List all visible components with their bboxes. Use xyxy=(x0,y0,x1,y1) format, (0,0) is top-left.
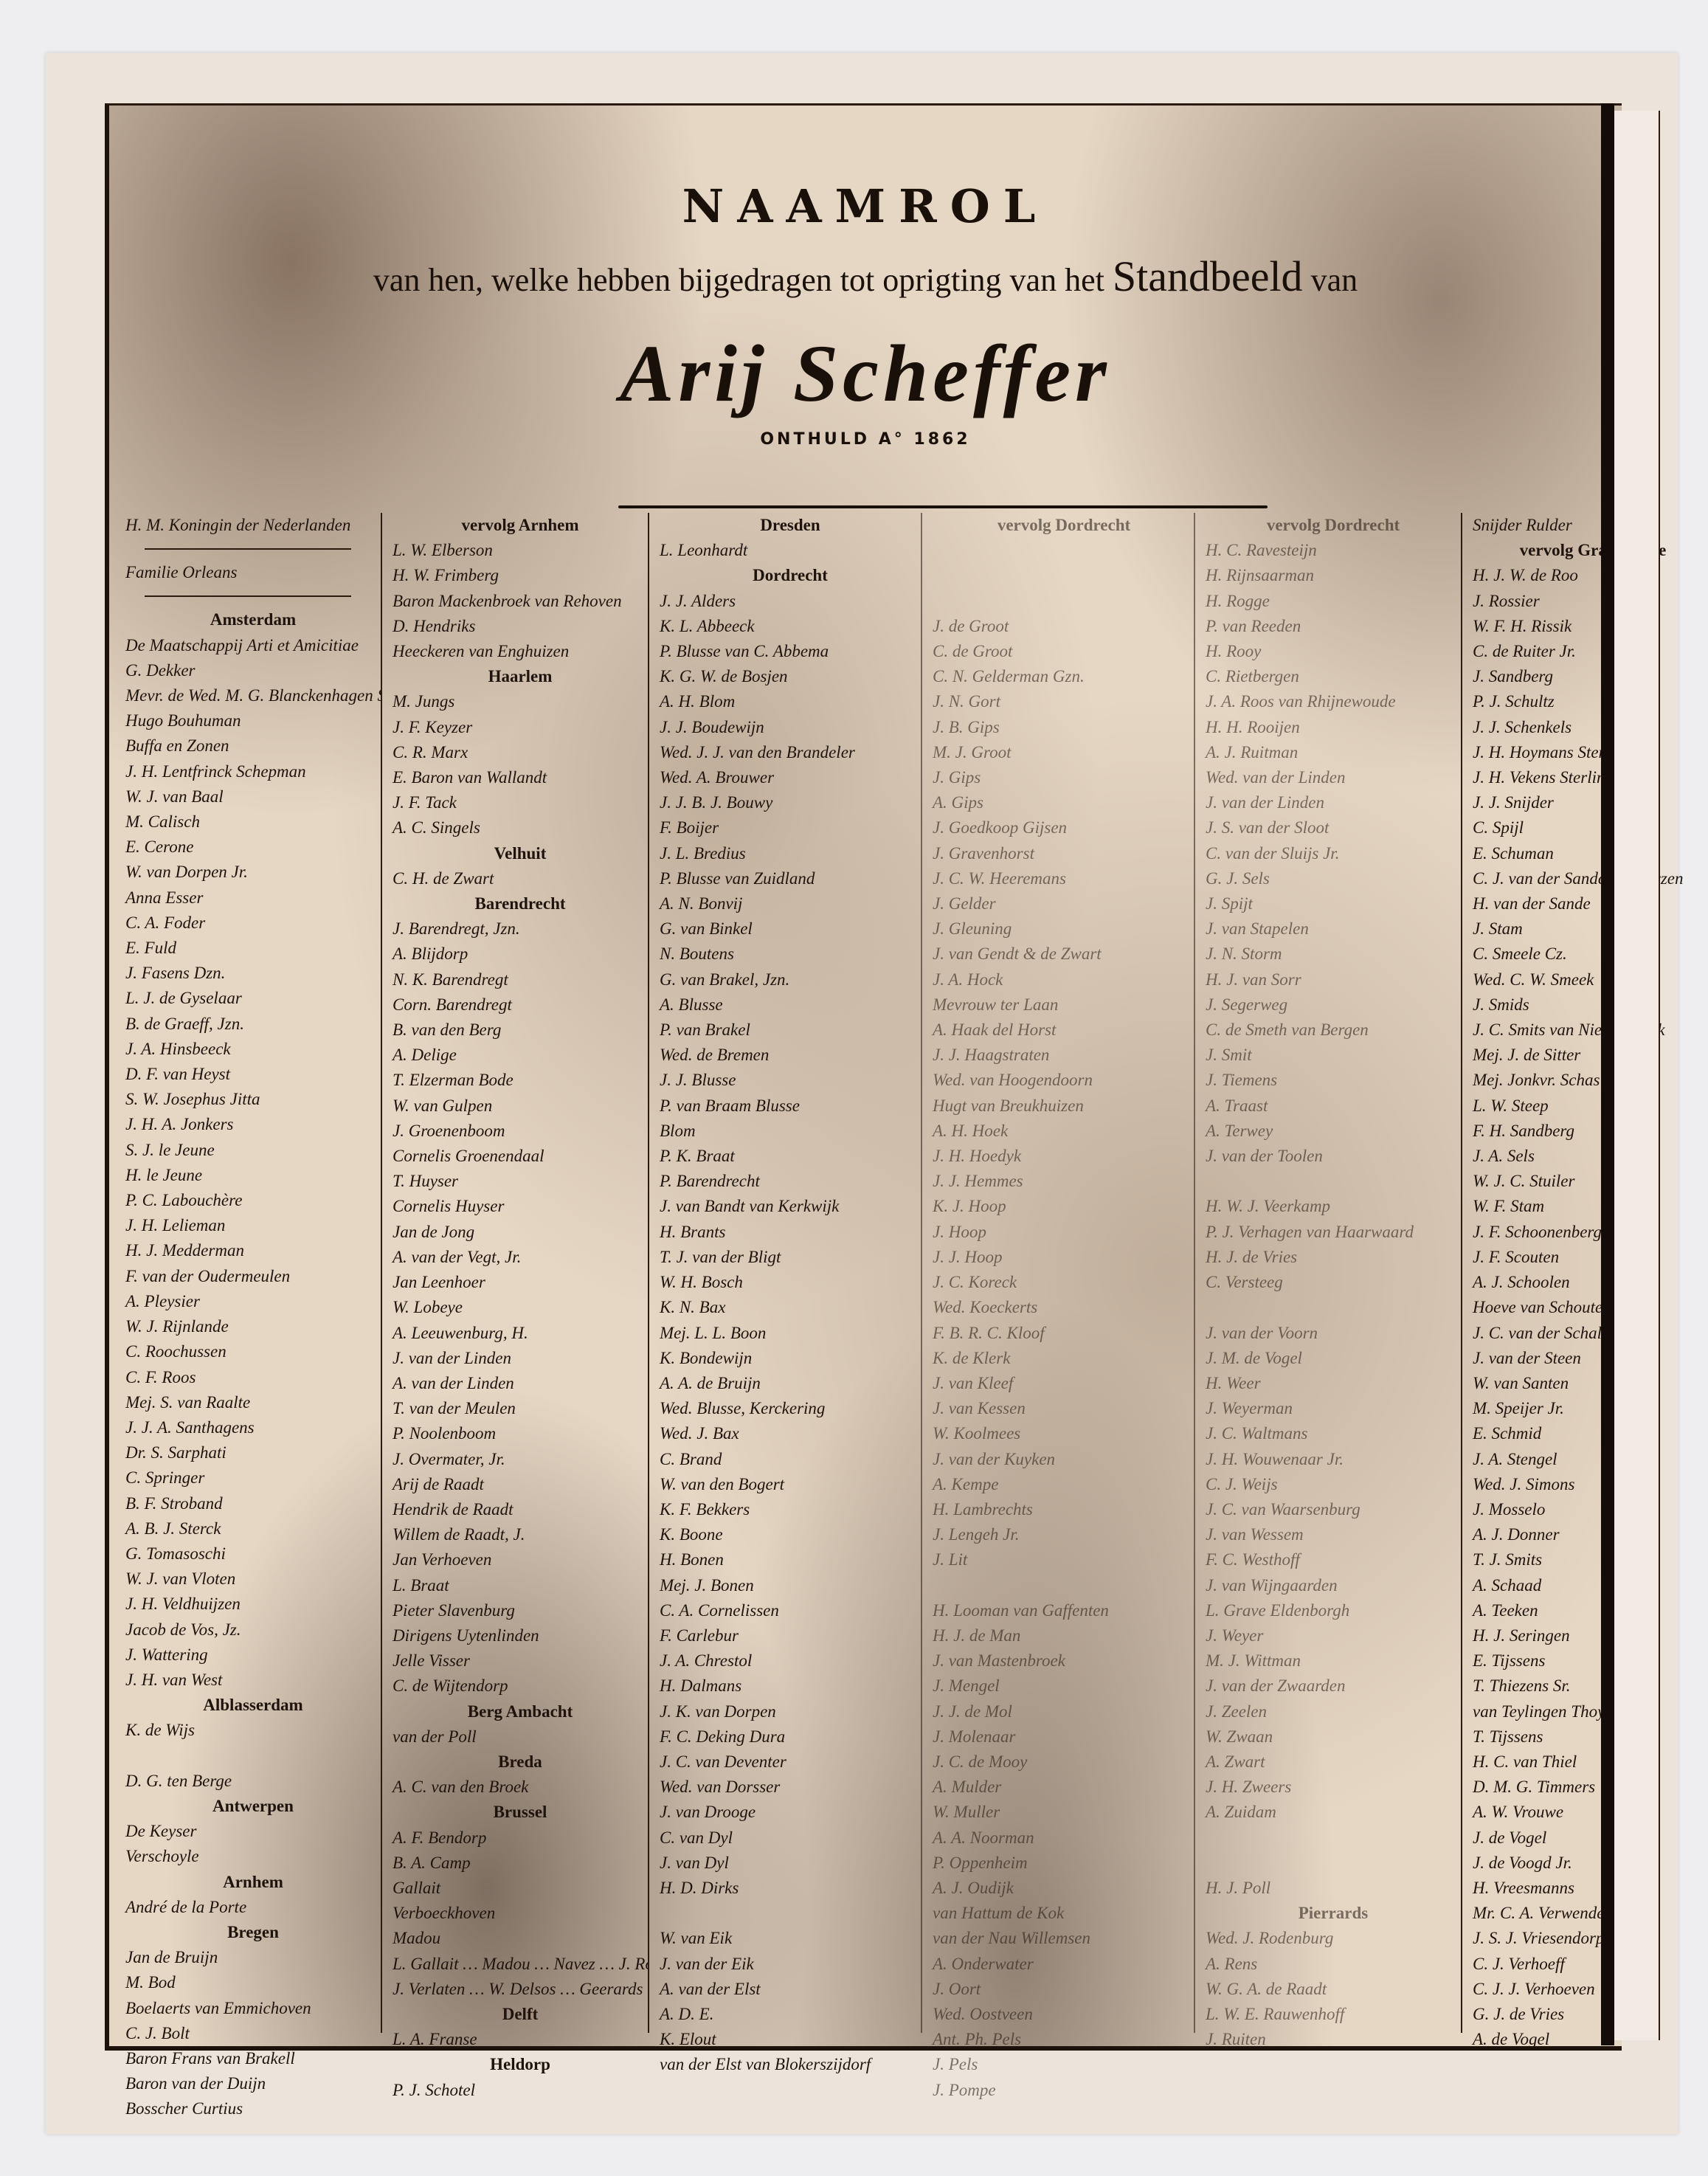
contributor-name: P. van Brakel xyxy=(649,1018,921,1043)
contributor-name: Mr. C. A. Verwende xyxy=(1462,1901,1708,1926)
contributor-name: C. R. Marx xyxy=(382,740,648,765)
contributor-name: J. Barendregt, Jzn. xyxy=(382,916,648,942)
contributor-name: J. Gips xyxy=(922,765,1195,790)
contributor-name: A. J. Schoolen xyxy=(1462,1270,1708,1295)
contributor-name: Verboeckhoven xyxy=(382,1901,648,1926)
contributor-name: C. A. Cornelissen xyxy=(649,1598,921,1623)
contributor-name: W. Lobeye xyxy=(382,1295,648,1320)
contributor-name: A. F. Bendorp xyxy=(382,1826,648,1851)
contributor-name: J. Lengeh Jr. xyxy=(922,1522,1195,1547)
contributor-name: Willem de Raadt, J. xyxy=(382,1522,648,1547)
contributor-name: C. de Wijtendorp xyxy=(382,1674,648,1699)
contributor-name: H. W. Frimberg xyxy=(382,563,648,588)
contributor-name: A. de Vogel xyxy=(1462,2027,1708,2052)
contributor-name: De Keyser xyxy=(115,1819,381,1844)
contributor-name: N. Boutens xyxy=(649,942,921,967)
contributor-name: J. de Groot xyxy=(922,614,1195,639)
contributor-name: J. A. Hock xyxy=(922,967,1195,992)
contributor-name: van der Elst van Blokerszijdorf xyxy=(649,2052,921,2077)
contributor-name: Wed. C. W. Smeek xyxy=(1462,967,1708,992)
contributor-name: J. J. de Mol xyxy=(922,1699,1195,1724)
contributor-name: H. J. Seringen xyxy=(1462,1623,1708,1648)
contributor-name: H. C. van Thiel xyxy=(1462,1750,1708,1775)
contributor-name: S. W. Josephus Jitta xyxy=(115,1087,381,1112)
contributor-name: C. J. J. Verhoeven xyxy=(1462,1977,1708,2002)
contributor-name: K. Boone xyxy=(649,1522,921,1547)
contributor-name: H. Rijnsaarman xyxy=(1195,563,1461,588)
contributor-name: J. J. Hemmes xyxy=(922,1169,1195,1194)
illegible-entry xyxy=(1462,2052,1708,2077)
contributor-name: E. Schuman xyxy=(1462,841,1708,866)
contributor-name: A. Kempe xyxy=(922,1472,1195,1497)
contributor-name: T. J. Smits xyxy=(1462,1547,1708,1572)
contributor-name: A. Zuidam xyxy=(1195,1800,1461,1825)
mount-right-strip xyxy=(1614,111,1660,2040)
contributor-name: W. van Gulpen xyxy=(382,1094,648,1119)
contributor-name: H. le Jeune xyxy=(115,1163,381,1188)
contributor-name: Wed. J. Simons xyxy=(1462,1472,1708,1497)
contributor-name: M. J. Groot xyxy=(922,740,1195,765)
contributor-name: Mevrouw ter Laan xyxy=(922,992,1195,1018)
illegible-entry xyxy=(922,563,1195,588)
contributor-name: van Hattum de Kok xyxy=(922,1901,1195,1926)
contributor-name: J. van Drooge xyxy=(649,1800,921,1825)
contributor-name: P. van Reeden xyxy=(1195,614,1461,639)
contributor-name: K. de Klerk xyxy=(922,1346,1195,1371)
contributor-name: J. Zeelen xyxy=(1195,1699,1461,1724)
unveiled-label: ONTHULD A° 1862 xyxy=(109,430,1622,449)
section-rule xyxy=(145,548,351,550)
contributor-name: D. G. ten Berge xyxy=(115,1769,381,1794)
contributor-name: L. Gallait … Madou … Navez … J. Robert xyxy=(382,1952,648,1977)
document-title: NAAMROL xyxy=(109,179,1622,233)
contributor-name: J. H. Hoymans Sterling xyxy=(1462,740,1708,765)
contributor-name: L. A. Franse xyxy=(382,2027,648,2052)
contributor-name: J. Molenaar xyxy=(922,1724,1195,1750)
contributor-name: J. F. Tack xyxy=(382,790,648,815)
contributor-name: W. Koolmees xyxy=(922,1421,1195,1446)
contributor-name: C. J. Verhoeff xyxy=(1462,1952,1708,1977)
contributor-name: Heeckeren van Enghuizen xyxy=(382,639,648,664)
contributor-name: J. Wattering xyxy=(115,1643,381,1668)
place-heading: Dordrecht xyxy=(649,563,921,588)
contributor-name: J. K. van Dorpen xyxy=(649,1699,921,1724)
contributor-name: W. van Eik xyxy=(649,1926,921,1951)
contributor-name: Wed. van Hoogendoorn xyxy=(922,1068,1195,1093)
contributor-name: K. de Wijs xyxy=(115,1718,381,1743)
contributor-name: Jan Leenhoer xyxy=(382,1270,648,1295)
contributor-name: J. C. Koreck xyxy=(922,1270,1195,1295)
contributor-name: H. Lambrechts xyxy=(922,1497,1195,1522)
contributor-name: J. Groenenboom xyxy=(382,1119,648,1144)
contributor-name: A. Zwart xyxy=(1195,1750,1461,1775)
contributor-name: J. N. Storm xyxy=(1195,942,1461,967)
ornamental-rule xyxy=(618,505,1268,508)
contributor-name: C. N. Gelderman Gzn. xyxy=(922,664,1195,689)
contributor-name: L. J. de Gyselaar xyxy=(115,986,381,1011)
contributor-name: Pieter Slavenburg xyxy=(382,1598,648,1623)
contributor-name: Wed. Blusse, Kerckering xyxy=(649,1396,921,1421)
contributor-name: C. Versteeg xyxy=(1195,1270,1461,1295)
contributor-name: J. J. Alders xyxy=(649,589,921,614)
contributor-name: A. A. Noorman xyxy=(922,1826,1195,1851)
contributor-name: Verschoyle xyxy=(115,1844,381,1869)
contributor-name: A. C. Singels xyxy=(382,815,648,840)
contributor-name: J. Gelder xyxy=(922,891,1195,916)
contributor-name: Hendrik de Raadt xyxy=(382,1497,648,1522)
contributor-name: A. Haak del Horst xyxy=(922,1018,1195,1043)
contributor-name: H. Dalmans xyxy=(649,1674,921,1699)
contributor-name: Snijder Rulder xyxy=(1462,513,1708,538)
contributor-name: Boelaerts van Emmichoven xyxy=(115,1996,381,2021)
contributor-name: J. A. Stengel xyxy=(1462,1447,1708,1472)
contributor-name: A. Gips xyxy=(922,790,1195,815)
contributor-name: L. W. E. Rauwenhoff xyxy=(1195,2002,1461,2027)
contributor-name: J. van der Toolen xyxy=(1195,1144,1461,1169)
contributor-name: J. van Mastenbroek xyxy=(922,1648,1195,1674)
subtitle-prefix: van hen, welke hebben bijgedragen tot op… xyxy=(373,262,1104,298)
contributor-name: A. Schaad xyxy=(1462,1573,1708,1598)
illegible-entry xyxy=(1195,1826,1461,1851)
contributor-name: K. N. Bax xyxy=(649,1295,921,1320)
contributor-name: M. Bod xyxy=(115,1970,381,1995)
contributor-name: J. Stam xyxy=(1462,916,1708,942)
contributor-name: P. J. Schultz xyxy=(1462,689,1708,714)
contributor-name: J. van Wijngaarden xyxy=(1195,1573,1461,1598)
contributor-name: F. van der Oudermeulen xyxy=(115,1264,381,1289)
place-heading: Delft xyxy=(382,2002,648,2027)
contributor-name: J. C. Smits van Nieuwerkerk xyxy=(1462,1018,1708,1043)
contributor-name: W. J. C. Stuiler xyxy=(1462,1169,1708,1194)
place-heading: Breda xyxy=(382,1750,648,1775)
contributor-name: Hugo Bouhuman xyxy=(115,708,381,733)
contributor-name: Jacob de Vos, Jz. xyxy=(115,1617,381,1643)
contributor-name: P. K. Braat xyxy=(649,1144,921,1169)
contributor-name: J. A. Chrestol xyxy=(649,1648,921,1674)
contributor-name: Baron Mackenbroek van Rehoven xyxy=(382,589,648,614)
contributor-name: Mej. L. L. Boon xyxy=(649,1321,921,1346)
contributor-name: J. Hoop xyxy=(922,1220,1195,1245)
contributor-name: J. Goedkoop Gijsen xyxy=(922,815,1195,840)
contributor-name: J. J. Hoop xyxy=(922,1245,1195,1270)
contributor-name: H. Rooy xyxy=(1195,639,1461,664)
contributor-name: J. J. B. J. Bouwy xyxy=(649,790,921,815)
contributor-name: G. J. Sels xyxy=(1195,866,1461,891)
illegible-entry xyxy=(1195,1851,1461,1876)
contributor-name: A. J. Donner xyxy=(1462,1522,1708,1547)
contributor-name: L. W. Steep xyxy=(1462,1094,1708,1119)
contributor-name: H. Looman van Gaffenten xyxy=(922,1598,1195,1623)
contributor-name: Wed. J. Rodenburg xyxy=(1195,1926,1461,1951)
contributor-name: P. Barendrecht xyxy=(649,1169,921,1194)
contributor-name: F. Carlebur xyxy=(649,1623,921,1648)
contributor-name: A. Leeuwenburg, H. xyxy=(382,1321,648,1346)
document-subtitle: van hen, welke hebben bijgedragen tot op… xyxy=(109,252,1622,301)
contributor-name: P. C. Labouchère xyxy=(115,1188,381,1213)
contributor-name: J. de Vogel xyxy=(1462,1826,1708,1851)
contributor-name: H. Rogge xyxy=(1195,589,1461,614)
contributor-name: L. Braat xyxy=(382,1573,648,1598)
contributor-name: H. H. Rooijen xyxy=(1195,715,1461,740)
contributor-name: W. van den Bogert xyxy=(649,1472,921,1497)
contributor-name: L. Leonhardt xyxy=(649,538,921,563)
contributor-name: H. van der Sande xyxy=(1462,891,1708,916)
contributor-name: S. J. le Jeune xyxy=(115,1138,381,1163)
contributor-name: J. van Kessen xyxy=(922,1396,1195,1421)
contributor-name: J. J. Blusse xyxy=(649,1068,921,1093)
contributor-name: L. Grave Eldenborgh xyxy=(1195,1598,1461,1623)
contributor-name: Hoeve van Schouten, Pz. xyxy=(1462,1295,1708,1320)
contributor-name: J. A. Sels xyxy=(1462,1144,1708,1169)
contributor-name: Jan de Jong xyxy=(382,1220,648,1245)
illegible-entry xyxy=(115,1744,381,1769)
contributor-name: C. de Smeth van Bergen xyxy=(1195,1018,1461,1043)
contributor-name: J. Ruiten xyxy=(1195,2027,1461,2052)
contributor-name: T. Tijssens xyxy=(1462,1724,1708,1750)
contributor-name: C. Roochussen xyxy=(115,1339,381,1364)
contributor-name: A. H. Hoek xyxy=(922,1119,1195,1144)
contributor-name: Arij de Raadt xyxy=(382,1472,648,1497)
contributor-name: A. Rens xyxy=(1195,1952,1461,1977)
contributor-name: J. J. Schenkels xyxy=(1462,715,1708,740)
name-column-6: Snijder Ruldervervolg GravenhageH. J. W.… xyxy=(1461,513,1708,2033)
contributor-name: J. Fasens Dzn. xyxy=(115,961,381,986)
contributor-name: Anna Esser xyxy=(115,885,381,911)
contributor-name: André de la Porte xyxy=(115,1895,381,1920)
contributor-name: C. J. van der Sande Bakhuyzen xyxy=(1462,866,1708,891)
contributor-name: J. van Wessem xyxy=(1195,1522,1461,1547)
place-heading: vervolg Dordrecht xyxy=(1195,513,1461,538)
contributor-name: J. van der Eik xyxy=(649,1952,921,1977)
contributor-name: W. J. Rijnlande xyxy=(115,1314,381,1339)
contributor-name: H. J. Medderman xyxy=(115,1238,381,1263)
name-column-5: vervolg DordrechtH. C. RavesteijnH. Rijn… xyxy=(1194,513,1461,2033)
contributor-name: A. H. Blom xyxy=(649,689,921,714)
contributor-name: J. C. van Deventer xyxy=(649,1750,921,1775)
contributor-name: J. H. Lelieman xyxy=(115,1213,381,1238)
contributor-name: N. K. Barendregt xyxy=(382,967,648,992)
contributor-name: P. Blusse van C. Abbema xyxy=(649,639,921,664)
contributor-name: J. H. Zweers xyxy=(1195,1775,1461,1800)
contributor-name: J. Segerweg xyxy=(1195,992,1461,1018)
contributor-name: L. W. Elberson xyxy=(382,538,648,563)
contributor-name: H. J. van Sorr xyxy=(1195,967,1461,992)
contributor-name: D. Hendriks xyxy=(382,614,648,639)
contributor-name: H. M. Koningin der Nederlanden xyxy=(115,513,381,538)
place-heading: Velhuit xyxy=(382,841,648,866)
contributor-name: W. J. van Baal xyxy=(115,784,381,809)
contributor-name: J. van Kleef xyxy=(922,1371,1195,1396)
contributor-name: J. C. de Mooy xyxy=(922,1750,1195,1775)
contributor-name: J. Weyerman xyxy=(1195,1396,1461,1421)
contributor-name: Dr. S. Sarphati xyxy=(115,1440,381,1465)
contributor-name: Mevr. de Wed. M. G. Blanckenhagen Spil xyxy=(115,683,381,708)
contributor-name: J. van der Zwaarden xyxy=(1195,1674,1461,1699)
contributor-name: Mej. J. Bonen xyxy=(649,1573,921,1598)
contributor-name: A. W. Vrouwe xyxy=(1462,1800,1708,1825)
contributor-name: A. A. de Bruijn xyxy=(649,1371,921,1396)
contributor-name: H. W. J. Veerkamp xyxy=(1195,1194,1461,1219)
contributor-name: A. J. Ruitman xyxy=(1195,740,1461,765)
illegible-entry xyxy=(922,1573,1195,1598)
place-heading: Barendrecht xyxy=(382,891,648,916)
contributor-name: H. Bonen xyxy=(649,1547,921,1572)
contributor-name: C. F. Roos xyxy=(115,1365,381,1390)
contributor-name: M. Calisch xyxy=(115,809,381,835)
contributor-name: J. H. Hoedyk xyxy=(922,1144,1195,1169)
contributor-name: J. Overmater, Jr. xyxy=(382,1447,648,1472)
contributor-name: K. Elout xyxy=(649,2027,921,2052)
contributor-name: A. Terwey xyxy=(1195,1119,1461,1144)
contributor-name: P. Noolenboom xyxy=(382,1421,648,1446)
contributor-name: H. J. de Vries xyxy=(1195,1245,1461,1270)
contributor-name: Madou xyxy=(382,1926,648,1951)
contributor-name: T. Elzerman Bode xyxy=(382,1068,648,1093)
contributor-name: K. G. W. de Bosjen xyxy=(649,664,921,689)
contributor-name: G. Dekker xyxy=(115,658,381,683)
contributor-name: W. J. van Vloten xyxy=(115,1567,381,1592)
contributor-name: Cornelis Groenendaal xyxy=(382,1144,648,1169)
contributor-name: K. L. Abbeeck xyxy=(649,614,921,639)
contributor-name: P. J. Schotel xyxy=(382,2078,648,2103)
illegible-entry xyxy=(1195,1295,1461,1320)
contributor-name: K. Bondewijn xyxy=(649,1346,921,1371)
contributor-name: Wed. Oostveen xyxy=(922,2002,1195,2027)
contributor-name: Jan de Bruijn xyxy=(115,1945,381,1970)
contributor-name: J. van Gendt & de Zwart xyxy=(922,942,1195,967)
place-heading: vervolg Gravenhage xyxy=(1462,538,1708,563)
contributor-name: J. Verlaten … W. Delsos … Geerards xyxy=(382,1977,648,2002)
contributor-name: G. van Brakel, Jzn. xyxy=(649,967,921,992)
contributor-name: W. Muller xyxy=(922,1800,1195,1825)
contributor-name: B. F. Stroband xyxy=(115,1491,381,1516)
contributor-name: J. J. Haagstraten xyxy=(922,1043,1195,1068)
contributor-name: J. F. Scouten xyxy=(1462,1245,1708,1270)
contributor-name: P. Blusse van Zuidland xyxy=(649,866,921,891)
place-heading: vervolg Dordrecht xyxy=(922,513,1195,538)
contributor-name: A. Mulder xyxy=(922,1775,1195,1800)
contributor-name: H. J. W. de Roo xyxy=(1462,563,1708,588)
name-column-3: DresdenL. LeonhardtDordrechtJ. J. Alders… xyxy=(648,513,921,2033)
contributor-name: P. Oppenheim xyxy=(922,1851,1195,1876)
contributor-name: A. van der Vegt, Jr. xyxy=(382,1245,648,1270)
place-heading: Alblasserdam xyxy=(115,1693,381,1718)
contributor-name: De Maatschappij Arti et Amicitiae xyxy=(115,633,381,658)
contributor-name: J. N. Gort xyxy=(922,689,1195,714)
contributor-name: F. C. Deking Dura xyxy=(649,1724,921,1750)
contributor-name: A. Traast xyxy=(1195,1094,1461,1119)
place-heading: Brussel xyxy=(382,1800,648,1825)
contributor-name: J. van der Voorn xyxy=(1195,1321,1461,1346)
contributor-name: J. Gravenhorst xyxy=(922,841,1195,866)
contributor-name: J. van Bandt van Kerkwijk xyxy=(649,1194,921,1219)
contributor-name: J. J. Snijder xyxy=(1462,790,1708,815)
document-sheet: NAAMROL van hen, welke hebben bijgedrage… xyxy=(105,103,1622,2051)
contributor-name: A. Blijdorp xyxy=(382,942,648,967)
contributor-name: T. J. van der Bligt xyxy=(649,1245,921,1270)
contributor-name: W. H. Bosch xyxy=(649,1270,921,1295)
contributor-name: J. H. van West xyxy=(115,1668,381,1693)
contributor-name: Jelle Visser xyxy=(382,1648,648,1674)
contributor-name: J. van Dyl xyxy=(649,1851,921,1876)
contributor-name: J. Smids xyxy=(1462,992,1708,1018)
contributor-name: J. Oort xyxy=(922,1977,1195,2002)
contributor-name: J. Lit xyxy=(922,1547,1195,1572)
contributor-name: Wed. J. Bax xyxy=(649,1421,921,1446)
contributor-name: W. van Dorpen Jr. xyxy=(115,860,381,885)
contributor-name: Gallait xyxy=(382,1876,648,1901)
contributor-name: W. F. Stam xyxy=(1462,1194,1708,1219)
contributor-name: Ant. Ph. Pels xyxy=(922,2027,1195,2052)
contributor-name: J. Weyer xyxy=(1195,1623,1461,1648)
contributor-name: G. J. de Vries xyxy=(1462,2002,1708,2027)
contributor-name: Wed. Koeckerts xyxy=(922,1295,1195,1320)
contributor-name: A. van der Elst xyxy=(649,1977,921,2002)
contributor-name: B. A. Camp xyxy=(382,1851,648,1876)
contributor-name: E. Schmid xyxy=(1462,1421,1708,1446)
contributor-name: C. van der Sluijs Jr. xyxy=(1195,841,1461,866)
contributor-name: A. van der Linden xyxy=(382,1371,648,1396)
contributor-name: C. de Ruiter Jr. xyxy=(1462,639,1708,664)
contributor-name: K. F. Bekkers xyxy=(649,1497,921,1522)
contributor-name: J. van der Steen xyxy=(1462,1346,1708,1371)
place-heading: vervolg Arnhem xyxy=(382,513,648,538)
contributor-name: C. Spijl xyxy=(1462,815,1708,840)
contributor-name: E. Cerone xyxy=(115,835,381,860)
contributor-name: T. Thiezens Sr. xyxy=(1462,1674,1708,1699)
place-heading: Dresden xyxy=(649,513,921,538)
place-heading: Arnhem xyxy=(115,1870,381,1895)
contributor-name: C. van Dyl xyxy=(649,1826,921,1851)
contributor-name: J. Tiemens xyxy=(1195,1068,1461,1093)
contributor-name: J. J. Boudewijn xyxy=(649,715,921,740)
contributor-name: Mej. S. van Raalte xyxy=(115,1390,381,1415)
contributor-name: J. Mengel xyxy=(922,1674,1195,1699)
contributor-name: J. L. Bredius xyxy=(649,841,921,866)
place-heading: Pierrards xyxy=(1195,1901,1461,1926)
contributor-name: T. van der Meulen xyxy=(382,1396,648,1421)
contributor-name: J. Smit xyxy=(1195,1043,1461,1068)
contributor-name: A. D. E. xyxy=(649,2002,921,2027)
contributor-name: T. Huyser xyxy=(382,1169,648,1194)
contributor-name: W. F. H. Rissik xyxy=(1462,614,1708,639)
contributor-name: W. Zwaan xyxy=(1195,1724,1461,1750)
contributor-name: F. H. Sandberg xyxy=(1462,1119,1708,1144)
contributor-name: D. M. G. Timmers xyxy=(1462,1775,1708,1800)
contributor-name: Familie Orleans xyxy=(115,560,381,585)
contributor-name: J. Pompe xyxy=(922,2078,1195,2103)
contributor-name: A. Teeken xyxy=(1462,1598,1708,1623)
place-heading: Bregen xyxy=(115,1920,381,1945)
illegible-entry xyxy=(1462,2078,1708,2103)
contributor-name: J. M. de Vogel xyxy=(1195,1346,1461,1371)
illegible-entry xyxy=(1195,1169,1461,1194)
contributor-name: J. Sandberg xyxy=(1462,664,1708,689)
contributor-name: Wed. van Dorsser xyxy=(649,1775,921,1800)
contributor-name: J. F. Keyzer xyxy=(382,715,648,740)
contributor-name: Corn. Barendregt xyxy=(382,992,648,1018)
contributor-name: A. Onderwater xyxy=(922,1952,1195,1977)
contributor-name: J. J. A. Santhagens xyxy=(115,1415,381,1440)
contributor-name: Wed. van der Linden xyxy=(1195,765,1461,790)
contributor-name: J. van der Linden xyxy=(1195,790,1461,815)
contributor-name: H. J. de Man xyxy=(922,1623,1195,1648)
contributor-name: H. D. Dirks xyxy=(649,1876,921,1901)
contributor-name: J. C. van Waarsenburg xyxy=(1195,1497,1461,1522)
name-column-1: H. M. Koningin der NederlandenFamilie Or… xyxy=(115,513,381,2033)
contributor-name: J. Spijt xyxy=(1195,891,1461,916)
contributor-name: J. Gleuning xyxy=(922,916,1195,942)
